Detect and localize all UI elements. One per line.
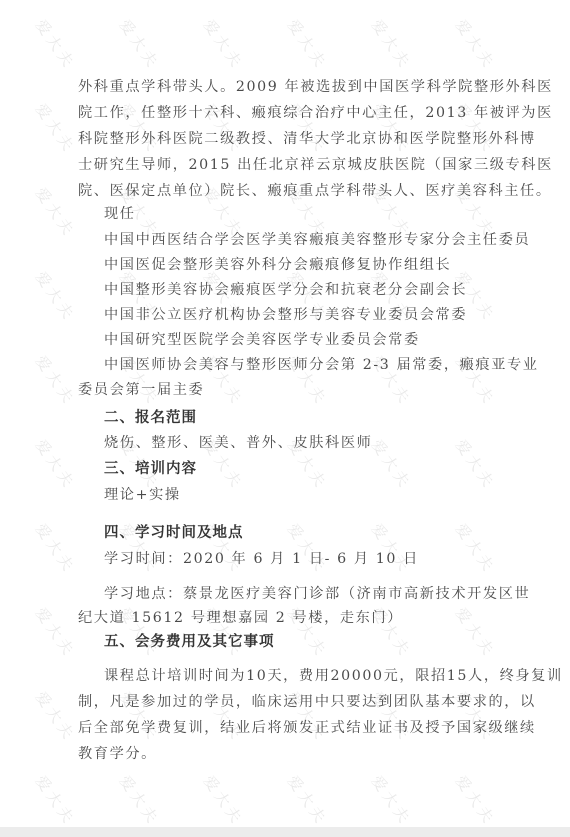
watermark-text: 爱大夫 bbox=[367, 519, 417, 578]
fees-line: 教育学分。 bbox=[78, 745, 157, 763]
watermark-text: 爱大夫 bbox=[31, 519, 81, 578]
section-heading-fees: 五、会务费用及其它事项 bbox=[104, 633, 275, 651]
position-item: 中国研究型医院学会美容医学专业委员会常委 bbox=[104, 331, 420, 349]
fees-line: 课程总计培训时间为10天，费用20000元，限招15人，终身复训 bbox=[104, 667, 563, 685]
position-item: 中国医促会整形美容外科分会瘢痕修复协作组组长 bbox=[104, 256, 451, 274]
watermark-text: 爱大夫 bbox=[451, 603, 501, 662]
position-item-continuation: 委员会第一届主委 bbox=[78, 381, 204, 399]
watermark-text: 爱大夫 bbox=[367, 771, 417, 830]
watermark-text: 爱大夫 bbox=[31, 687, 81, 746]
watermark-text: 爱大夫 bbox=[31, 771, 81, 830]
position-item: 中国非公立医疗机构协会整形与美容专业委员会常委 bbox=[104, 306, 467, 324]
watermark-text: 爱大夫 bbox=[31, 435, 81, 494]
position-item: 中国中西医结合学会医学美容瘢痕美容整形专家分会主任委员 bbox=[104, 231, 530, 249]
watermark-text: 爱大夫 bbox=[31, 267, 81, 326]
bio-line: 士研究生导师，2015 出任北京祥云京城皮肤医院（国家三级专科医 bbox=[78, 156, 553, 174]
watermark-text: 爱大夫 bbox=[283, 15, 333, 74]
watermark-text: 爱大夫 bbox=[199, 15, 249, 74]
watermark-text: 爱大夫 bbox=[367, 15, 417, 74]
watermark-text: 爱大夫 bbox=[283, 771, 333, 830]
study-time: 学习时间：2020 年 6 月 1 日- 6 月 10 日 bbox=[104, 550, 419, 568]
fees-line: 后全部免学费复训，结业后将颁发正式结业证书及授予国家级继续 bbox=[78, 719, 536, 737]
section-heading-time-location: 四、学习时间及地点 bbox=[104, 524, 244, 542]
watermark-text: 爱大夫 bbox=[31, 351, 81, 410]
watermark-text: 爱大夫 bbox=[31, 603, 81, 662]
watermark-text: 爱大夫 bbox=[31, 183, 81, 242]
watermark-text: 爱大夫 bbox=[367, 435, 417, 494]
watermark-text: 爱大夫 bbox=[31, 15, 81, 74]
watermark-text: 爱大夫 bbox=[451, 519, 501, 578]
bio-line: 外科重点学科带头人。2009 年被选拔到中国医学科学院整形外科医 bbox=[78, 78, 553, 96]
watermark-text: 爱大夫 bbox=[199, 771, 249, 830]
study-location-line2: 纪大道 15612 号理想嘉园 2 号楼，走东门） bbox=[78, 609, 403, 627]
fees-line: 制，凡是参加过的学员，临床运用中只要达到团队基本要求的，以 bbox=[78, 693, 536, 711]
training-content-text: 理论+实操 bbox=[104, 486, 181, 504]
watermark-text: 爱大夫 bbox=[451, 435, 501, 494]
section-heading-training-content: 三、培训内容 bbox=[104, 460, 197, 478]
position-item: 中国整形美容协会瘢痕医学分会和抗衰老分会副会长 bbox=[104, 281, 467, 299]
watermark-text: 爱大夫 bbox=[451, 15, 501, 74]
registration-scope-text: 烧伤、整形、医美、普外、皮肤科医师 bbox=[104, 434, 372, 452]
watermark-text: 爱大夫 bbox=[31, 99, 81, 158]
position-item: 中国医师协会美容与整形医师分会第 2-3 届常委，瘢痕亚专业 bbox=[104, 356, 539, 374]
current-positions-label: 现任 bbox=[104, 205, 136, 223]
watermark-text: 爱大夫 bbox=[115, 771, 165, 830]
bottom-gray-bar bbox=[0, 827, 570, 837]
section-heading-registration-scope: 二、报名范围 bbox=[104, 409, 197, 427]
watermark-text: 爱大夫 bbox=[451, 771, 501, 830]
watermark-text: 爱大夫 bbox=[115, 15, 165, 74]
watermark-text: 爱大夫 bbox=[283, 519, 333, 578]
study-location-line1: 学习地点：蔡景龙医疗美容门诊部（济南市高新技术开发区世 bbox=[104, 585, 530, 603]
bio-line: 科院整形外科医院二级教授、清华大学北京协和医学院整形外科博 bbox=[78, 130, 536, 148]
bio-line: 院工作，任整形十六科、瘢痕综合治疗中心主任，2013 年被评为医 bbox=[78, 104, 553, 122]
bio-line: 院、医保定点单位）院长、瘢痕重点学科带头人、医疗美容科主任。 bbox=[78, 182, 552, 200]
